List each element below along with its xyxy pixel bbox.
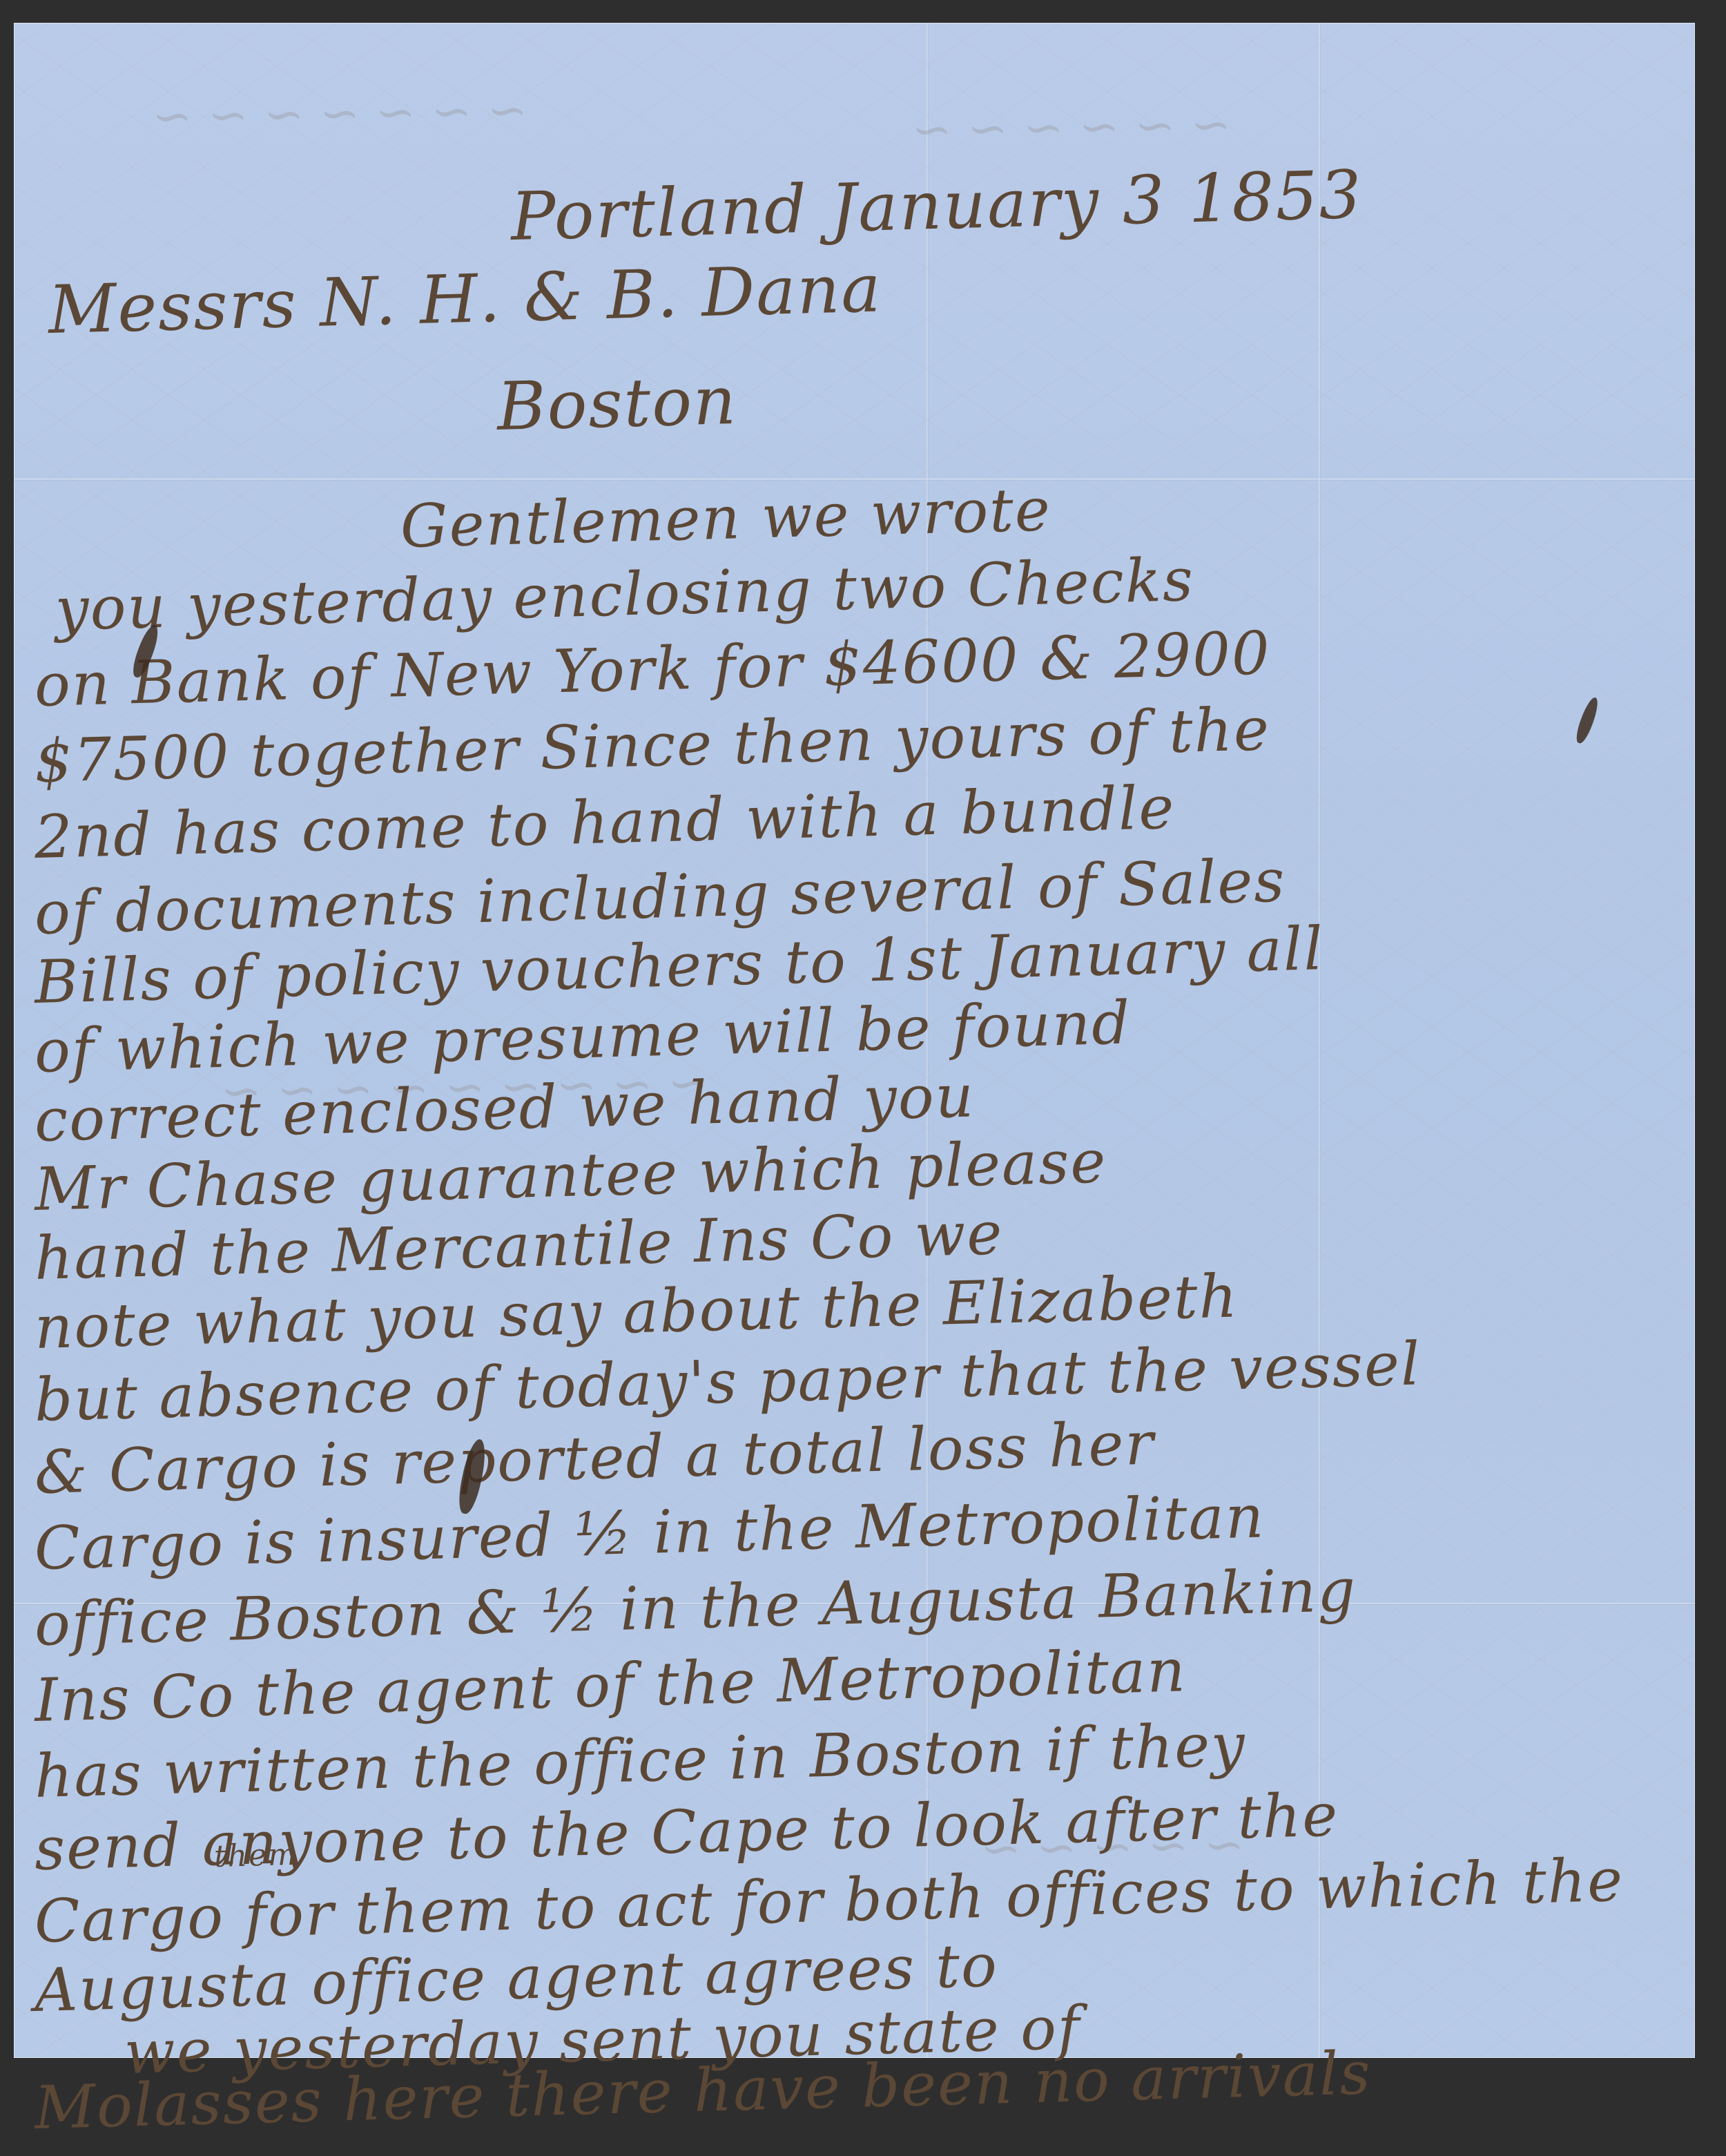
letter-page: ~ ~ ~ ~ ~ ~ ~ ~ ~ ~ ~ ~ ~ ~ ~ ~ ~ ~ ~ ~ … bbox=[14, 23, 1695, 2058]
bleed-through-text: ~ ~ ~ ~ ~ ~ bbox=[911, 96, 1232, 158]
paper-fold-vertical bbox=[1319, 23, 1321, 2058]
ink-blot bbox=[1573, 695, 1602, 745]
letter-place-date: Portland January 3 1853 bbox=[510, 156, 1364, 256]
bleed-through-text: ~ ~ ~ ~ ~ ~ ~ bbox=[151, 81, 527, 144]
letter-addressee-city: Boston bbox=[496, 362, 739, 445]
letter-addressee: Messrs N. H. & B. Dana bbox=[48, 249, 883, 349]
letter-salutation: Gentlemen we wrote bbox=[400, 475, 1052, 561]
interlinear-note: them bbox=[213, 1837, 298, 1874]
